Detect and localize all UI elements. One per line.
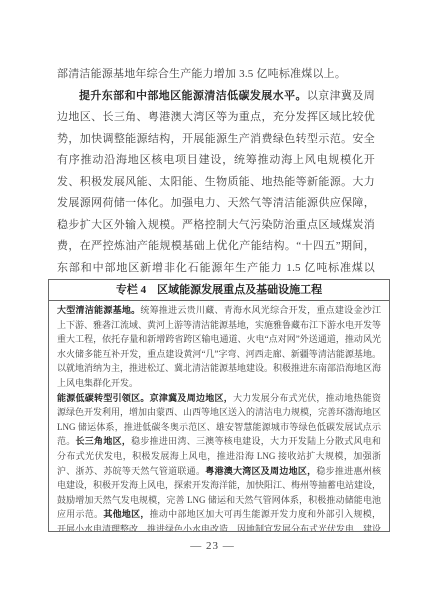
text-run: 部清洁能源基地年综合生产能力增加 3.5 亿吨标准煤以上。 — [57, 68, 346, 80]
column-box-label: 专栏 4 — [116, 284, 146, 296]
column-box-body: 大型清洁能源基地。统筹推进云贵川藏、青海水风光综合开发，重点建设金沙江上下游、雅… — [49, 301, 389, 532]
column-box-title: 专栏 4区域能源发展重点及基础设施工程 — [49, 280, 389, 301]
bold-text-run: 大型清洁能源基地。 — [57, 305, 140, 315]
page-number: — 23 — — [0, 540, 425, 552]
bold-text-run: 粤港澳大湾区及周边地区， — [205, 466, 316, 476]
column-box: 专栏 4区域能源发展重点及基础设施工程 大型清洁能源基地。统筹推进云贵川藏、青海… — [48, 279, 390, 532]
text-run: 统筹推进云贵川藏、青海水风光综合开发，重点建设金沙江上下游、雅砻江流域、黄河上游… — [57, 305, 381, 388]
bold-text-run: 提升东部和中部地区能源清洁低碳发展水平。 — [79, 90, 307, 102]
bold-text-run: 其他地区， — [103, 509, 149, 519]
document-page: 部清洁能源基地年综合生产能力增加 3.5 亿吨标准煤以上。提升东部和中部地区能源… — [0, 0, 425, 601]
bold-text-run: 能源低碳转型引领区。京津冀及周边地区， — [57, 393, 233, 403]
bold-text-run: 长三角地区， — [76, 436, 132, 446]
paragraph: 部清洁能源基地年综合生产能力增加 3.5 亿吨标准煤以上。 — [57, 64, 375, 86]
column-box-heading: 区域能源发展重点及基础设施工程 — [157, 284, 322, 296]
paragraph: 能源低碳转型引领区。京津冀及周边地区，大力发展分布式光伏，推动地热能资源绿色开发… — [57, 391, 381, 532]
body-text: 部清洁能源基地年综合生产能力增加 3.5 亿吨标准煤以上。提升东部和中部地区能源… — [57, 64, 375, 301]
paragraph: 提升东部和中部地区能源清洁低碳发展水平。以京津冀及周边地区、长三角、粤港澳大湾区… — [57, 86, 375, 301]
paragraph: 大型清洁能源基地。统筹推进云贵川藏、青海水风光综合开发，重点建设金沙江上下游、雅… — [57, 303, 381, 391]
text-run: 以京津冀及周边地区、长三角、粤港澳大湾区等为重点，充分发挥区域比较优势，加快调整… — [57, 90, 375, 296]
